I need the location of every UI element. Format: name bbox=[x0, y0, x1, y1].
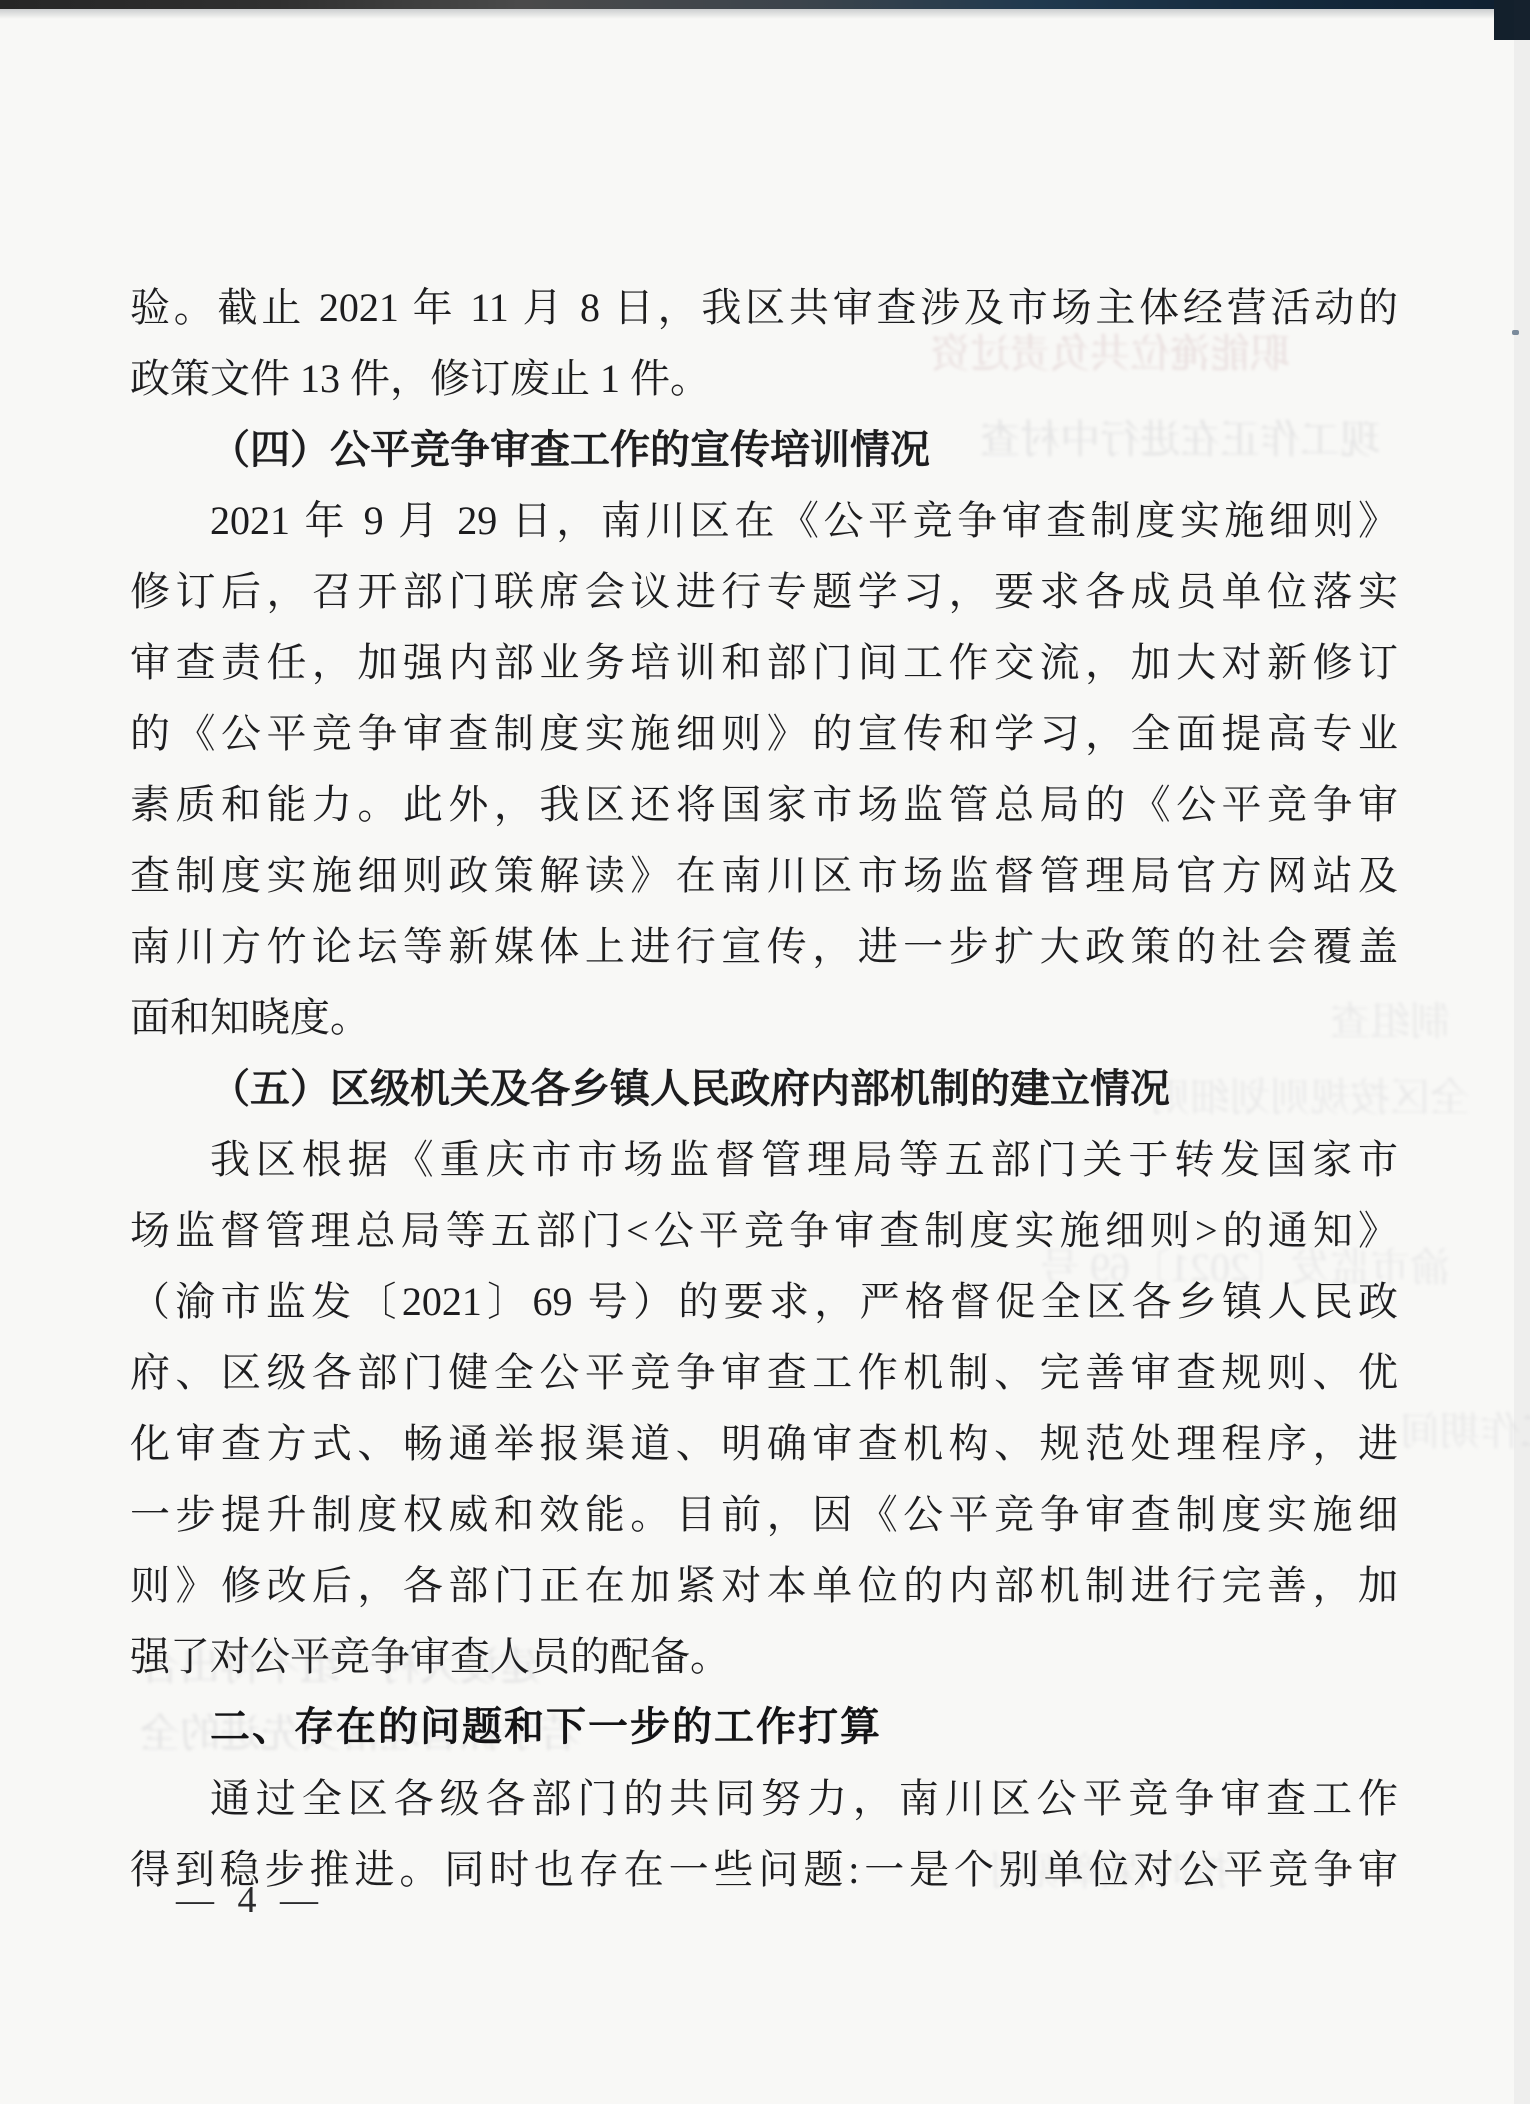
text-line: 验。截止 2021 年 11 月 8 日，我区共审查涉及市场主体经营活动的 bbox=[130, 272, 1398, 343]
text-line: 审查责任，加强内部业务培训和部门间工作交流，加大对新修订 bbox=[130, 627, 1398, 698]
text-line: 强了对公平竞争审查人员的配备。 bbox=[130, 1621, 1398, 1692]
text-line: 素质和能力。此外，我区还将国家市场监管总局的《公平竞争审 bbox=[130, 769, 1398, 840]
page-number: — 4 — bbox=[176, 1878, 325, 1922]
text-line: 一步提升制度权威和效能。目前，因《公平竞争审查制度实施细 bbox=[130, 1479, 1398, 1550]
text-line: 场监督管理总局等五部门<公平竞争审查制度实施细则>的通知》 bbox=[130, 1195, 1398, 1266]
text-line: 修订后，召开部门联席会议进行专题学习，要求各成员单位落实 bbox=[130, 556, 1398, 627]
text-line: 化审查方式、畅通举报渠道、明确审查机构、规范处理程序，进 bbox=[130, 1408, 1398, 1479]
text-line: （渝市监发〔2021〕69 号）的要求，严格督促全区各乡镇人民政 bbox=[130, 1266, 1398, 1337]
text-line: 政策文件 13 件，修订废止 1 件。 bbox=[130, 343, 1398, 414]
scan-artifact-top-shadow bbox=[0, 9, 1530, 19]
scan-artifact-right-edge bbox=[1514, 0, 1530, 2104]
text-line: 2021 年 9 月 29 日，南川区在《公平竞争审查制度实施细则》 bbox=[130, 485, 1398, 556]
section-heading-4: （四）公平竞争审查工作的宣传培训情况 bbox=[130, 414, 1398, 485]
scan-artifact-top-bar bbox=[0, 0, 1530, 9]
text-line: 面和知晓度。 bbox=[130, 982, 1398, 1053]
text-line: 通过全区各级各部门的共同努力，南川区公平竞争审查工作 bbox=[130, 1763, 1398, 1834]
text-line: 府、区级各部门健全公平竞争审查工作机制、完善审查规则、优 bbox=[130, 1337, 1398, 1408]
section-heading-2-main: 二、存在的问题和下一步的工作打算 bbox=[130, 1692, 1398, 1763]
text-block: 验。截止 2021 年 11 月 8 日，我区共审查涉及市场主体经营活动的 政策… bbox=[130, 272, 1398, 1905]
section-heading-5: （五）区级机关及各乡镇人民政府内部机制的建立情况 bbox=[130, 1053, 1398, 1124]
document-page: 职能淹位共负责过资 现工作正在进行中村查 制组查 全区按规则划细则 渝市监发〔2… bbox=[0, 0, 1530, 2104]
text-line: 我区根据《重庆市市场监督管理局等五部门关于转发国家市 bbox=[130, 1124, 1398, 1195]
text-line: 查制度实施细则政策解读》在南川区市场监督管理局官方网站及 bbox=[130, 840, 1398, 911]
bleedthrough-text: 一条推进工作期间 bbox=[1400, 1410, 1530, 1454]
scan-speck bbox=[1512, 330, 1519, 335]
text-line: 南川方竹论坛等新媒体上进行宣传，进一步扩大政策的社会覆盖 bbox=[130, 911, 1398, 982]
text-line: 的《公平竞争审查制度实施细则》的宣传和学习，全面提高专业 bbox=[130, 698, 1398, 769]
text-line: 则》修改后，各部门正在加紧对本单位的内部机制进行完善，加 bbox=[130, 1550, 1398, 1621]
